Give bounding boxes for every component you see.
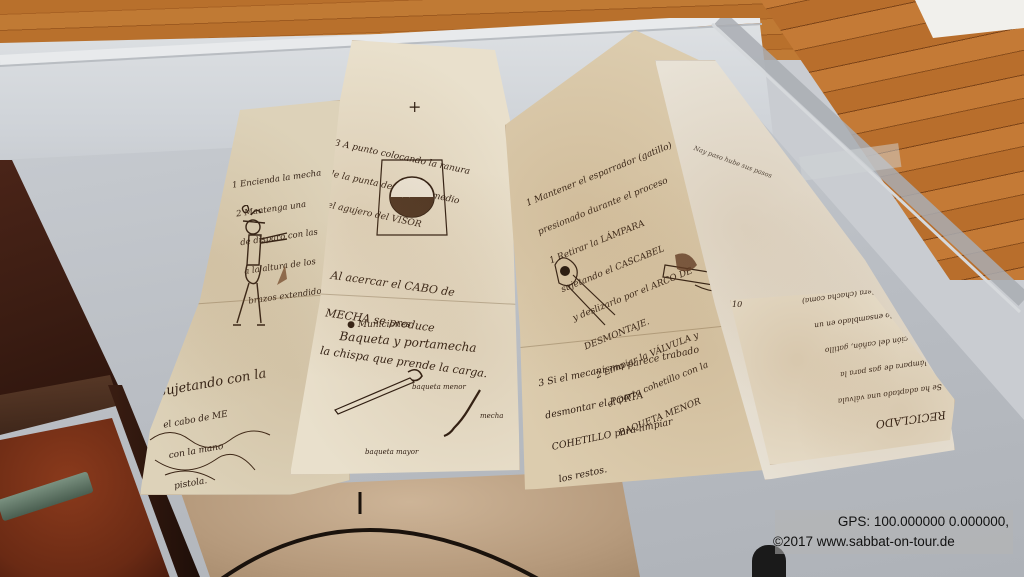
museum-photo: 1 Encienda la mecha 2 Mantenga una de di… [0,0,1024,577]
copyright-text: ©2017 www.sabbat-on-tour.de [773,532,1009,552]
wooden-pistol-box [0,160,200,577]
label-baqueta-mayor: baqueta mayor [365,448,418,456]
text-line: presionado durante el proceso [536,169,685,237]
text-line: 1 Mantener el esparrador (gatillo) [525,141,674,209]
page-number: 10 [732,300,742,309]
label-baqueta-menor: baqueta menor [412,383,466,391]
text-line: de lámpara de gas para la [792,356,939,385]
text-line: Municiones [358,320,411,330]
text-line: Sujetando con la [156,367,267,401]
flourish-drawing-icon [145,420,295,490]
ramrod-drawing-icon [330,360,510,460]
visor-drawing-icon [372,155,452,255]
soldier-drawing-icon [215,205,295,335]
text-heading: RECICLADO [799,407,947,440]
text-line: 1 Encienda la mecha [232,169,322,191]
photo-watermark: GPS: 100.000000 0.000000, ©2017 www.sabb… [775,510,1013,554]
gps-coordinates: GPS: 100.000000 0.000000, [779,512,1009,532]
faint-note: Nay paso hube sus pasos [692,145,772,180]
label-mecha: mecha [480,412,503,420]
box-lid [0,160,118,405]
cross-marker: + [408,98,422,116]
text-line: Se ha adaptado una válvula [795,382,942,411]
